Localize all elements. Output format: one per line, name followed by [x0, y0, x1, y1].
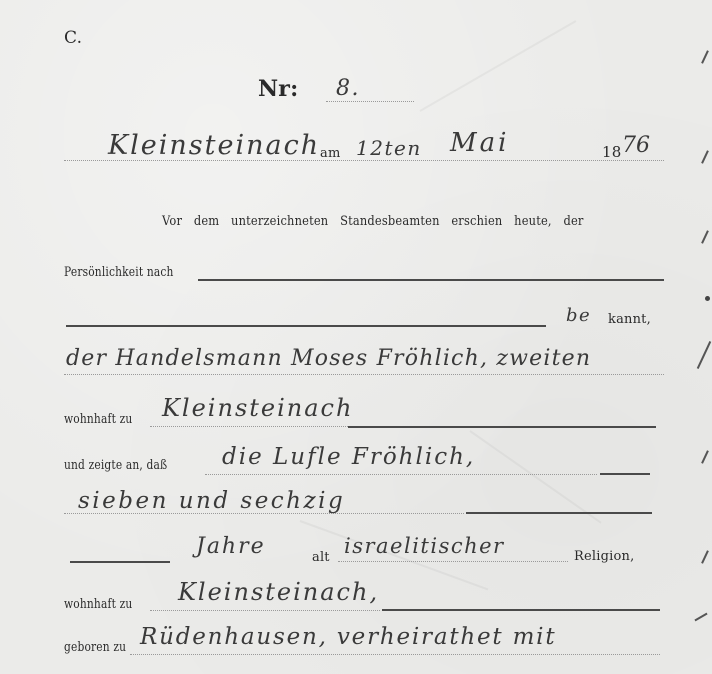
body-line-5: wohnhaft zu	[64, 412, 147, 427]
declarant-handwritten: der Handelsmann Moses Fröhlich, zweiten	[66, 346, 591, 371]
birthplace-dotted-line	[130, 654, 660, 655]
margin-mark	[701, 230, 709, 244]
margin-mark	[701, 150, 709, 164]
religion-dotted-line	[338, 561, 568, 562]
form-letter: C.	[64, 28, 82, 48]
date-connector: am	[320, 146, 340, 161]
margin-mark	[701, 450, 709, 464]
body-line-6: und zeigte an, daß	[64, 458, 190, 473]
declarant-dotted-line	[64, 374, 664, 375]
residence-handwritten: Kleinsteinach	[162, 394, 353, 422]
margin-mark	[697, 341, 711, 369]
body-line-9: wohnhaft zu	[64, 597, 147, 612]
year-suffix-handwritten: 76	[622, 133, 650, 158]
residence-label-2: wohnhaft zu	[64, 597, 132, 612]
month-handwritten: Mai	[450, 128, 509, 158]
body-line-10: geboren zu	[64, 640, 140, 655]
birthplace-handwritten: Rüdenhausen, verheirathet mit	[140, 624, 556, 650]
residence-dotted-line	[150, 426, 350, 427]
intro-statement: Vor dem unterzeichneten Standesbeamten e…	[162, 214, 584, 229]
bleed-through-mark	[420, 20, 577, 112]
deceased-name-handwritten: die Lufle Fröhlich,	[222, 444, 475, 470]
deceased-dotted-line	[205, 474, 597, 475]
known-prefix-handwritten: be	[566, 305, 591, 326]
age-handwritten: sieben und sechzig	[78, 488, 345, 514]
day-handwritten: 12ten	[356, 136, 422, 160]
religion-handwritten: israelitischer	[344, 534, 505, 558]
margin-mark	[701, 50, 709, 64]
known-blank-line	[66, 325, 546, 327]
announced-label: und zeigte an, daß	[64, 458, 167, 473]
religion-label: Religion,	[574, 549, 634, 564]
bleed-through-mark	[469, 430, 601, 523]
residence2-handwritten: Kleinsteinach,	[178, 578, 379, 606]
birthplace-label: geboren zu	[64, 640, 126, 655]
body-line-2: Persönlichkeit nach	[64, 265, 198, 280]
place-handwritten: Kleinsteinach	[108, 130, 320, 161]
years-handwritten: Jahre	[196, 534, 266, 559]
residence2-dotted-line	[150, 610, 380, 611]
known-label: kannt,	[608, 312, 651, 327]
number-label: Nr:	[258, 76, 298, 102]
personality-label: Persönlichkeit nach	[64, 265, 174, 280]
deceased-blank-line	[600, 473, 650, 475]
number-value: 8.	[336, 76, 360, 101]
personality-blank-line	[198, 279, 664, 281]
margin-mark	[694, 613, 707, 622]
residence-blank-line	[348, 426, 656, 428]
number-dotted-line	[326, 101, 414, 102]
margin-mark	[701, 550, 709, 564]
residence-label: wohnhaft zu	[64, 412, 132, 427]
age-blank-line	[466, 512, 652, 514]
body-line-1: Vor dem unterzeichneten Standesbeamten e…	[162, 214, 641, 229]
scanned-register-page: C. Nr: 8. Kleinsteinach am 12ten Mai 18 …	[0, 0, 712, 674]
age-lead-blank-line	[70, 561, 170, 563]
residence2-blank-line	[382, 609, 660, 611]
year-prefix: 18	[602, 143, 622, 161]
old-label: alt	[312, 550, 330, 565]
margin-mark	[705, 296, 710, 301]
